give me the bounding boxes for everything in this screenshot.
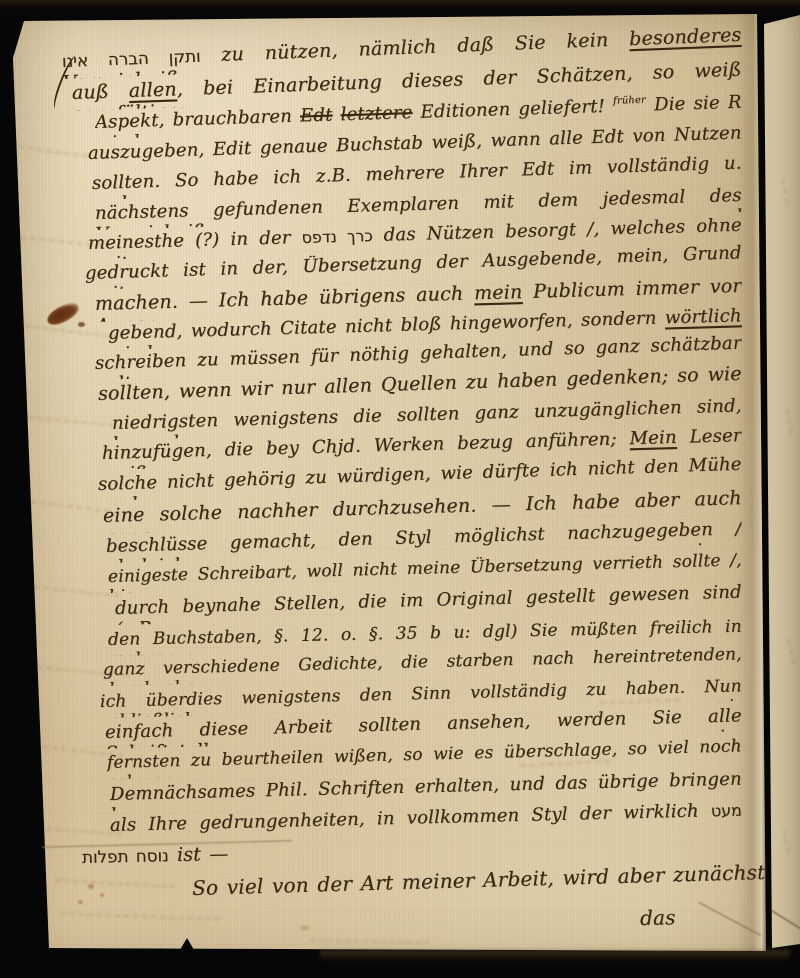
handwriting-text: mein [474, 281, 523, 304]
handwriting-text: zu nützen, nämlich daß Sie kein [200, 28, 629, 66]
handwriting-text: besonderes [629, 24, 742, 50]
handwriting-text: letztere [340, 102, 412, 125]
manuscript-line: So viel von der Art meiner Arbeit, wird … [192, 860, 766, 900]
hebrew-text: ותקן הברה אינו [61, 46, 200, 71]
handwriting-text: das [640, 905, 676, 930]
handwriting-text: wieder [108, 342, 172, 350]
handwriting-text: meinesthe (?) in der [88, 227, 302, 254]
handwriting-text: Aspekt, brauchbaren [95, 106, 301, 133]
handwriting-text: Edt [300, 105, 333, 127]
hebrew-text: כרך נדפס [301, 226, 373, 247]
manuscript-scan: ותקן הברה אינו zu nützen, nämlich daß Si… [0, 0, 800, 978]
manuscript-line: das [640, 905, 676, 930]
hebrew-text: נוסח תפלות [82, 845, 169, 867]
handwriting-layer: ותקן הברה אינו zu nützen, nämlich daß Si… [0, 0, 800, 978]
handwriting-text: allen [128, 78, 177, 102]
handwriting-text: auß [72, 80, 130, 104]
manuscript-line: נוסח תפלות ist — [82, 843, 229, 868]
handwriting-text: Mein [629, 427, 677, 449]
handwriting-text: So viel von der Art meiner Arbeit, wird … [192, 860, 766, 900]
handwriting-text: früher [613, 95, 646, 107]
handwriting-text: Editionen geliefert! [412, 96, 613, 123]
handwriting-text: wörtlich [665, 305, 742, 328]
handwriting-text: ist — [168, 843, 228, 866]
